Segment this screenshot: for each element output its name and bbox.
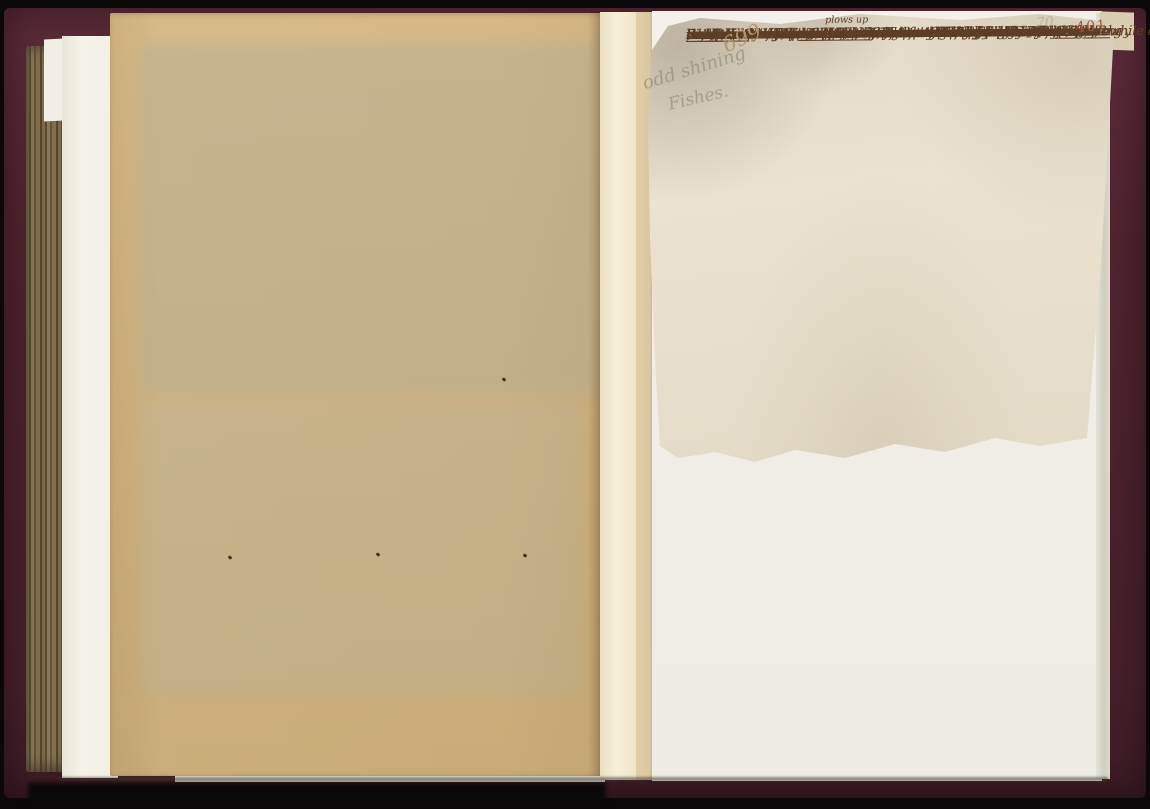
right-page-edge-stack: [1110, 12, 1132, 784]
offset-stain-lower: [140, 401, 580, 693]
faint-pencil-mark: 70: [1035, 15, 1054, 31]
pasted-manuscript-fragment: [646, 10, 1116, 472]
offset-stain-upper: [140, 44, 598, 394]
page-number: 401: [1076, 19, 1108, 36]
page-bottom-shadow-line: [60, 777, 1108, 781]
bottom-shadow: [28, 783, 606, 809]
gutter-page-curl: [600, 12, 636, 780]
photograph-open-manuscript-book: A curious Physician of my Acquaintance, …: [0, 0, 1150, 809]
left-blank-page: [110, 13, 602, 776]
